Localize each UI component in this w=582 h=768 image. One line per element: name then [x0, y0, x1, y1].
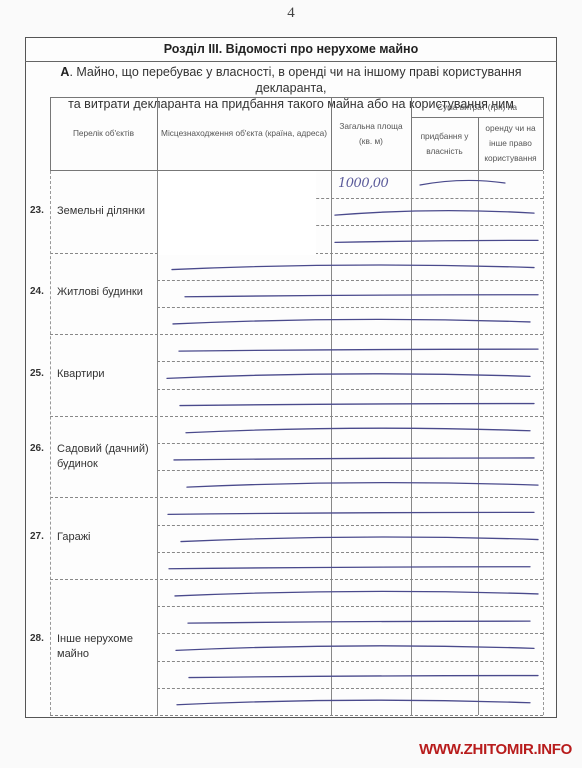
column-divider — [478, 171, 479, 715]
sub-row-divider — [157, 443, 543, 444]
sub-row-divider — [157, 525, 543, 526]
row-label: Інше нерухоме майно — [57, 632, 157, 662]
column-divider — [411, 171, 412, 715]
page-number: 4 — [0, 5, 582, 22]
row-group-divider — [50, 497, 543, 498]
header-right-border — [543, 97, 544, 170]
sub-row-divider — [157, 307, 543, 308]
row-label: Квартири — [57, 367, 157, 382]
section-title: Розділ III. Відомості про нерухоме майно — [25, 37, 557, 62]
header-left-border — [50, 97, 51, 170]
row-label: Садовий (дачний) будинок — [57, 442, 157, 472]
header-purchase: придбання у власність — [411, 117, 478, 170]
row-number: 28. — [30, 633, 50, 644]
header-location: Місцезнаходження об'єкта (країна, адреса… — [157, 97, 331, 170]
sub-row-divider — [157, 633, 543, 634]
table-top-border — [50, 97, 543, 98]
row-group-divider — [50, 715, 543, 716]
sub-row-divider — [157, 361, 543, 362]
sub-row-divider — [157, 389, 543, 390]
header-column-divider — [331, 97, 332, 170]
header-column-divider — [478, 117, 479, 170]
row-number: 27. — [30, 531, 50, 542]
subsection-text-line1: . Майно, що перебуває у власності, в оре… — [69, 65, 521, 95]
row-number: 24. — [30, 286, 50, 297]
row-group-divider — [50, 579, 543, 580]
table-right-border — [543, 171, 544, 715]
sub-row-divider — [157, 280, 543, 281]
sub-row-divider — [157, 606, 543, 607]
row-group-divider — [50, 416, 543, 417]
handwritten-area-value: 1000,00 — [338, 176, 388, 191]
sub-row-divider — [157, 470, 543, 471]
row-label: Гаражі — [57, 530, 157, 545]
row-label: Земельні ділянки — [57, 204, 157, 219]
redacted-address — [158, 171, 316, 255]
row-number: 25. — [30, 368, 50, 379]
header-objects: Перелік об'єктів — [50, 97, 157, 170]
header-column-divider — [411, 97, 412, 170]
row-number: 26. — [30, 443, 50, 454]
sub-row-divider — [157, 552, 543, 553]
header-expenses-group: Сума витрат (грн) на — [411, 97, 543, 117]
row-number: 23. — [30, 205, 50, 216]
header-area: Загальна площа (кв. м) — [331, 97, 411, 170]
sub-row-divider — [157, 661, 543, 662]
watermark: WWW.ZHITOMIR.INFO — [419, 741, 572, 758]
table-left-border — [50, 171, 51, 715]
header-rent: оренду чи на інше право користування — [478, 117, 543, 170]
row-group-divider — [50, 334, 543, 335]
sub-row-divider — [157, 688, 543, 689]
header-split-line — [411, 117, 543, 118]
column-divider — [331, 171, 332, 715]
row-label: Житлові будинки — [57, 285, 157, 300]
header-column-divider — [157, 97, 158, 170]
